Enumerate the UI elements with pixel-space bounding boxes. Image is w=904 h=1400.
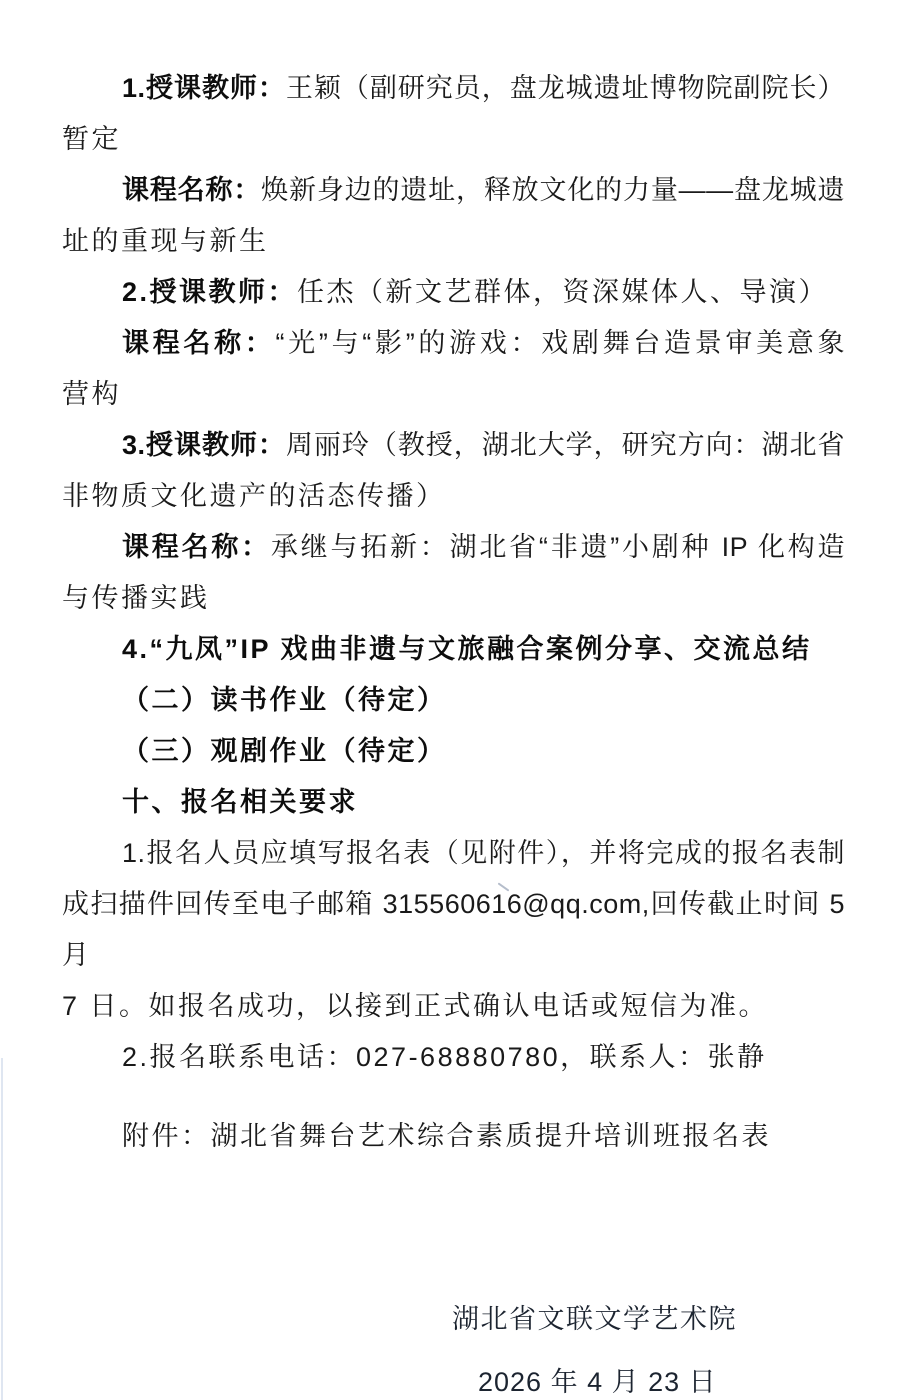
- line-text: 成扫描件回传至电子邮箱 315560616@qq.com,回传截止时间 5 月: [62, 889, 845, 970]
- line-text: “光”与“影”的游戏：戏剧舞台造景审美意象: [276, 328, 846, 358]
- line-label: 2.授课教师：: [122, 277, 297, 307]
- line-text: 与传播实践: [62, 583, 210, 613]
- line-text: 焕新身边的遗址，释放文化的力量——盘龙城遗: [261, 175, 845, 205]
- line-label: 课程名称：: [122, 175, 261, 205]
- text-line: 址的重现与新生: [62, 216, 845, 267]
- section-heading: 十、报名相关要求: [62, 777, 845, 828]
- line-text: 附件：湖北省舞台艺术综合素质提升培训班报名表: [122, 1121, 771, 1151]
- scanned-document-page: 1.授课教师：王颖（副研究员，盘龙城遗址博物院副院长） 暂定 课程名称：焕新身边…: [0, 0, 904, 1400]
- text-line-heading: （二）读书作业（待定）: [62, 675, 845, 726]
- text-line-heading: （三）观剧作业（待定）: [62, 726, 845, 777]
- scan-artifact-edge: [1, 1058, 3, 1400]
- text-line: 课程名称：承继与拓新：湖北省“非遗”小剧种 IP 化构造: [62, 522, 845, 573]
- line-label: 十、报名相关要求: [122, 787, 358, 817]
- line-text: 任杰（新文艺群体，资深媒体人、导演）: [297, 277, 828, 307]
- text-line: 与传播实践: [62, 573, 845, 624]
- text-line: 3.授课教师：周丽玲（教授，湖北大学，研究方向：湖北省: [62, 420, 845, 471]
- text-line: 暂定: [62, 114, 845, 165]
- document-body: 1.授课教师：王颖（副研究员，盘龙城遗址博物院副院长） 暂定 课程名称：焕新身边…: [62, 63, 845, 1400]
- line-label: 课程名称：: [122, 532, 271, 562]
- text-line: 1.授课教师：王颖（副研究员，盘龙城遗址博物院副院长）: [62, 63, 845, 114]
- line-label: （二）读书作业（待定）: [122, 685, 447, 715]
- line-text: 非物质文化遗产的活态传播）: [62, 481, 446, 511]
- text-line: 营构: [62, 369, 845, 420]
- line-text: 承继与拓新：湖北省“非遗”小剧种 IP 化构造: [271, 532, 845, 562]
- line-label: 课程名称：: [122, 328, 276, 358]
- text-line: 课程名称：焕新身边的遗址，释放文化的力量——盘龙城遗: [62, 165, 845, 216]
- text-line-email: 成扫描件回传至电子邮箱 315560616@qq.com,回传截止时间 5 月: [62, 879, 845, 981]
- text-line: 非物质文化遗产的活态传播）: [62, 471, 845, 522]
- line-text: 1.报名人员应填写报名表（见附件），并将完成的报名表制: [122, 838, 845, 868]
- line-text: 周丽玲（教授，湖北大学，研究方向：湖北省: [286, 430, 845, 460]
- text-line: 课程名称：“光”与“影”的游戏：戏剧舞台造景审美意象: [62, 318, 845, 369]
- text-line: 2.授课教师：任杰（新文艺群体，资深媒体人、导演）: [62, 267, 845, 318]
- line-label: 3.授课教师：: [122, 430, 286, 460]
- text-line: 1.报名人员应填写报名表（见附件），并将完成的报名表制: [62, 828, 845, 879]
- line-label: 4.“九凤”IP 戏曲非遗与文旅融合案例分享、交流总结: [122, 634, 812, 664]
- line-text: 暂定: [62, 124, 121, 154]
- signature-org-line: 湖北省文联文学艺术院: [62, 1294, 845, 1345]
- text-line-heading: 4.“九凤”IP 戏曲非遗与文旅融合案例分享、交流总结: [62, 624, 845, 675]
- line-text: 营构: [62, 379, 121, 409]
- attachment-line: 附件：湖北省舞台艺术综合素质提升培训班报名表: [62, 1111, 845, 1162]
- line-text: 2.报名联系电话：027-68880780，联系人：张静: [122, 1042, 767, 1072]
- text-line-phone: 2.报名联系电话：027-68880780，联系人：张静: [62, 1032, 845, 1083]
- line-text: 王颖（副研究员，盘龙城遗址博物院副院长）: [286, 73, 845, 103]
- signature-date-line: 2026 年 4 月 23 日: [62, 1357, 845, 1400]
- line-text: 址的重现与新生: [62, 226, 269, 256]
- text-line: 7 日。如报名成功，以接到正式确认电话或短信为准。: [62, 981, 845, 1032]
- line-label: 1.授课教师：: [122, 73, 286, 103]
- line-label: （三）观剧作业（待定）: [122, 736, 447, 766]
- line-text: 7 日。如报名成功，以接到正式确认电话或短信为准。: [62, 991, 768, 1021]
